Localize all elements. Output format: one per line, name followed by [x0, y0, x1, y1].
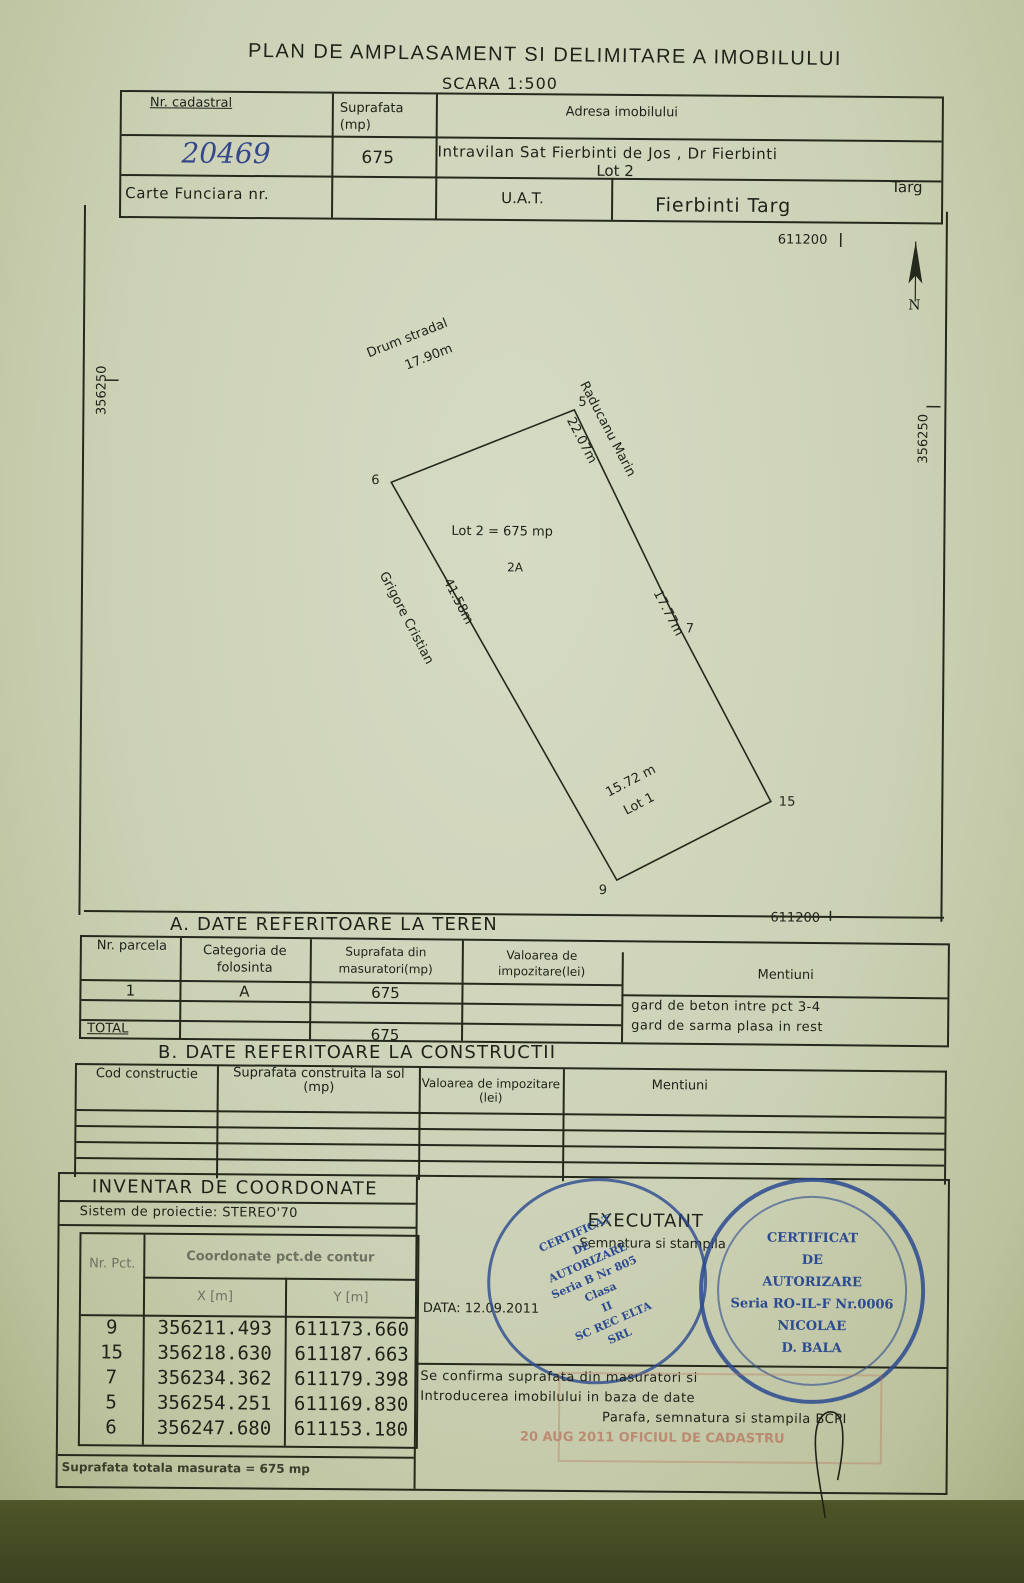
identification-table: Nr. cadastral 20469 Suprafata (mp) 675 A… [119, 90, 944, 224]
col-suprafata: Suprafata din masuratori(mp) [312, 943, 460, 978]
uat-label: U.A.T. [501, 189, 544, 207]
row1-nr: 1 [81, 981, 179, 1000]
coordinates-table: Nr. Pct. Coordonate pct.de contur X [m] … [78, 1232, 420, 1449]
coordinate-row: 5356254.251611169.830 [80, 1391, 416, 1419]
signature-mark [797, 1390, 858, 1520]
col-mentiuni: Mentiuni [624, 966, 948, 984]
row1-suprafata: 675 [311, 983, 459, 1002]
parcel-code: 2A [507, 560, 523, 574]
col-cod-constructie: Cod constructie [79, 1065, 215, 1083]
plan-drawing-area: 571596 611200 N 356250 356250 611200 Dru… [78, 205, 948, 922]
carte-funciara-label: Carte Funciara nr. [125, 184, 269, 203]
section-b-table: Cod constructie Suprafata construita la … [74, 1063, 947, 1185]
point-label: 6 [371, 473, 379, 488]
total-area-label: Suprafata totala masurata = 675 mp [62, 1460, 310, 1476]
col-nr-parcela: Nr. parcela [86, 937, 178, 955]
parcel-boundary [388, 408, 774, 881]
mentiuni-line2: gard de sarma plasa in rest [631, 1018, 823, 1035]
col-x: X [m] [145, 1289, 285, 1305]
document-title: PLAN DE AMPLASAMENT SI DELIMITARE A IMOB… [0, 36, 1024, 74]
suprafata-value: 675 [361, 148, 394, 168]
col-categoria: Categoria de folosinta [182, 942, 308, 977]
col-coordonate: Coordonate pct.de contur [147, 1249, 413, 1266]
point-label: 9 [599, 883, 607, 898]
authorization-stamp: CERTIFICATDEAUTORIZARESeria RO-IL-F Nr.0… [698, 1177, 926, 1405]
north-label: N [908, 297, 920, 313]
point-label: 7 [686, 622, 694, 637]
projection-system: Sistem de proiectie: STEREO'70 [80, 1204, 298, 1221]
nr-cadastral-label: Nr. cadastral [150, 94, 260, 113]
col-suprafata-construita: Suprafata construita la sol (mp) [221, 1066, 417, 1096]
nr-cadastral-value: 20469 [181, 136, 270, 170]
col-valoarea-constructie: Valoarea de impozitare (lei) [421, 1076, 561, 1105]
executant-stamp: CERTIFICATDEAUTORIZARESeria B Nr 805Clas… [478, 1168, 717, 1394]
bottom-frame: INVENTAR DE COORDONATE Sistem de proiect… [56, 1172, 950, 1495]
col-valoarea: Valoarea de impozitare(lei) [464, 947, 620, 980]
section-b-title: B. DATE REFERITOARE LA CONSTRUCTII [158, 1042, 556, 1063]
inventory-title: INVENTAR DE COORDONATE [92, 1176, 378, 1199]
coordinate-row: 6356247.680611153.180 [80, 1416, 416, 1444]
mentiuni-line1: gard de beton intre pct 3-4 [631, 998, 820, 1015]
section-a-table: Nr. parcela Categoria de folosinta Supra… [79, 935, 950, 1047]
coordinate-row: 9356211.493611173.660 [81, 1316, 417, 1344]
grid-label-right: 356250 [916, 414, 931, 464]
adresa-line3: Targ [891, 178, 922, 196]
point-label: 15 [779, 795, 796, 810]
north-arrow-icon [908, 241, 922, 301]
section-a-title: A. DATE REFERITOARE LA TEREN [170, 914, 498, 935]
coordinate-row: 7356234.362611179.398 [80, 1366, 416, 1394]
document-page: PLAN DE AMPLASAMENT SI DELIMITARE A IMOB… [0, 0, 1024, 1500]
adresa-line1: Intravilan Sat Fierbinti de Jos , Dr Fie… [437, 142, 937, 164]
coordinate-row: 15356218.630611187.663 [80, 1341, 416, 1369]
col-y: Y [m] [287, 1290, 415, 1306]
adresa-line2: Lot 2 [596, 162, 634, 180]
col-nr-pct: Nr. Pct. [83, 1256, 141, 1271]
total-label: TOTAL [87, 1021, 128, 1036]
adresa-label: Adresa imobilului [542, 103, 702, 121]
grid-label-bottom: 611200 [770, 910, 820, 925]
col-mentiuni-constructie: Mentiuni [565, 1077, 795, 1094]
grid-label-top: 611200 [778, 232, 828, 247]
grid-label-left: 356250 [94, 365, 109, 415]
lot-area-label: Lot 2 = 675 mp [451, 524, 553, 540]
row1-categoria: A [181, 982, 307, 1001]
suprafata-label: Suprafata (mp) [340, 100, 436, 135]
